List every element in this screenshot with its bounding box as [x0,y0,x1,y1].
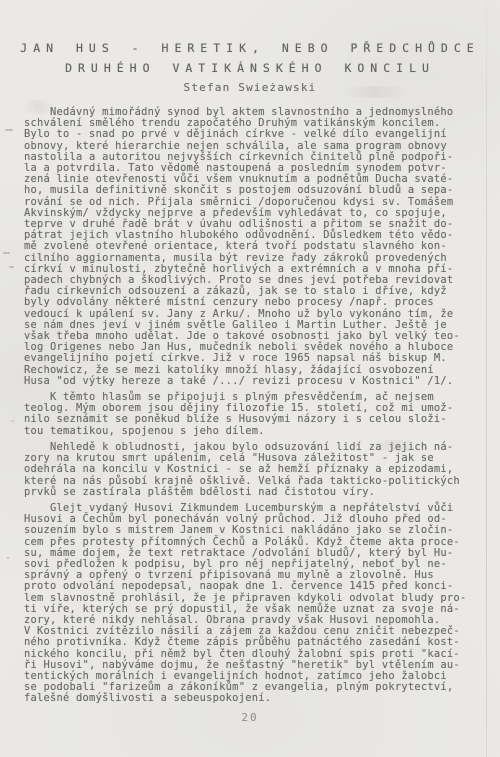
paragraph: Nedávný mimořádný synod byl aktem slavno… [24,107,472,387]
document-header: JAN HUS - HERETIK, NEBO PŘEDCHŮDCE DRUHÉ… [0,0,500,94]
paragraph: Glejt vydaný Husovi Zikmundem Lucembursk… [24,503,472,705]
scan-margin-mark [7,557,9,559]
page-number: 20 [0,711,500,724]
document-title-line1: JAN HUS - HERETIK, NEBO PŘEDCHŮDCE [0,38,500,58]
scan-smudge [18,100,58,114]
scan-edge-line [486,0,487,757]
scan-margin-mark [3,252,10,254]
scan-smudge [330,86,420,98]
body-text: Nedávný mimořádný synod byl aktem slavno… [0,94,500,705]
scan-margin-mark [11,420,14,422]
author-name: Stefan Swieżawski [0,81,500,94]
scan-smudge [360,440,430,452]
scan-margin-mark [9,266,14,268]
document-title-line2: DRUHÉHO VATIKÁNSKÉHO KONCILU [0,58,500,78]
paragraph: K těmto hlasům se připojuji s plným přes… [24,392,472,437]
scan-margin-mark [5,129,13,131]
document-page: JAN HUS - HERETIK, NEBO PŘEDCHŮDCE DRUHÉ… [0,0,500,757]
